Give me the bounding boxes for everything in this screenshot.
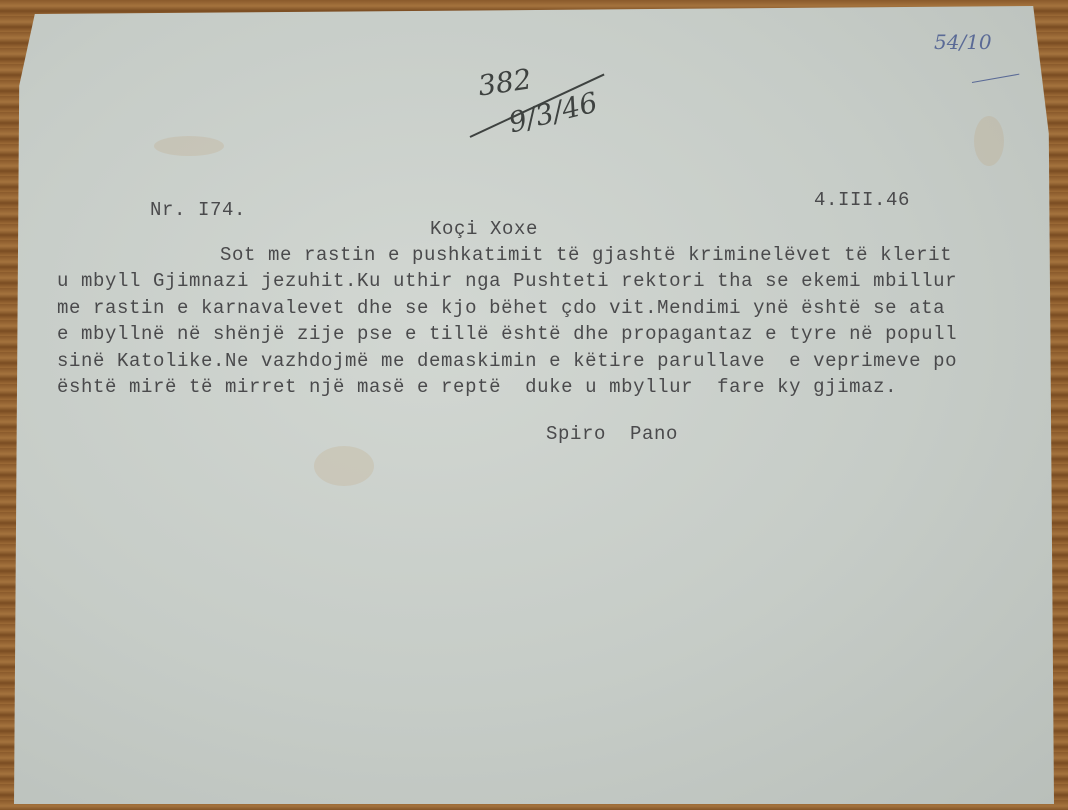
body-line: është mirë të mirret një masë e reptë du… bbox=[57, 378, 897, 397]
body-line: me rastin e karnavalevet dhe se kjo bëhe… bbox=[57, 299, 945, 318]
handwritten-corner-note: 54/10 bbox=[934, 30, 992, 54]
body-line: sinë Katolike.Ne vazhdojmë me demaskimin… bbox=[57, 352, 957, 371]
body-line: u mbyll Gjimnazi jezuhit.Ku uthir nga Pu… bbox=[57, 272, 957, 291]
paper-stain bbox=[974, 116, 1004, 166]
body-line: e mbyllnë në shënjë zije pse e tillë ësh… bbox=[57, 325, 957, 344]
addressee: Koçi Xoxe bbox=[430, 220, 538, 239]
body-line: Sot me rastin e pushkatimit të gjashtë k… bbox=[220, 246, 952, 265]
reference-number: Nr. I74. bbox=[150, 201, 246, 220]
paper-stain bbox=[314, 446, 374, 486]
document-date: 4.III.46 bbox=[814, 191, 910, 210]
paper-stain bbox=[154, 136, 224, 156]
signature: Spiro Pano bbox=[546, 425, 678, 444]
